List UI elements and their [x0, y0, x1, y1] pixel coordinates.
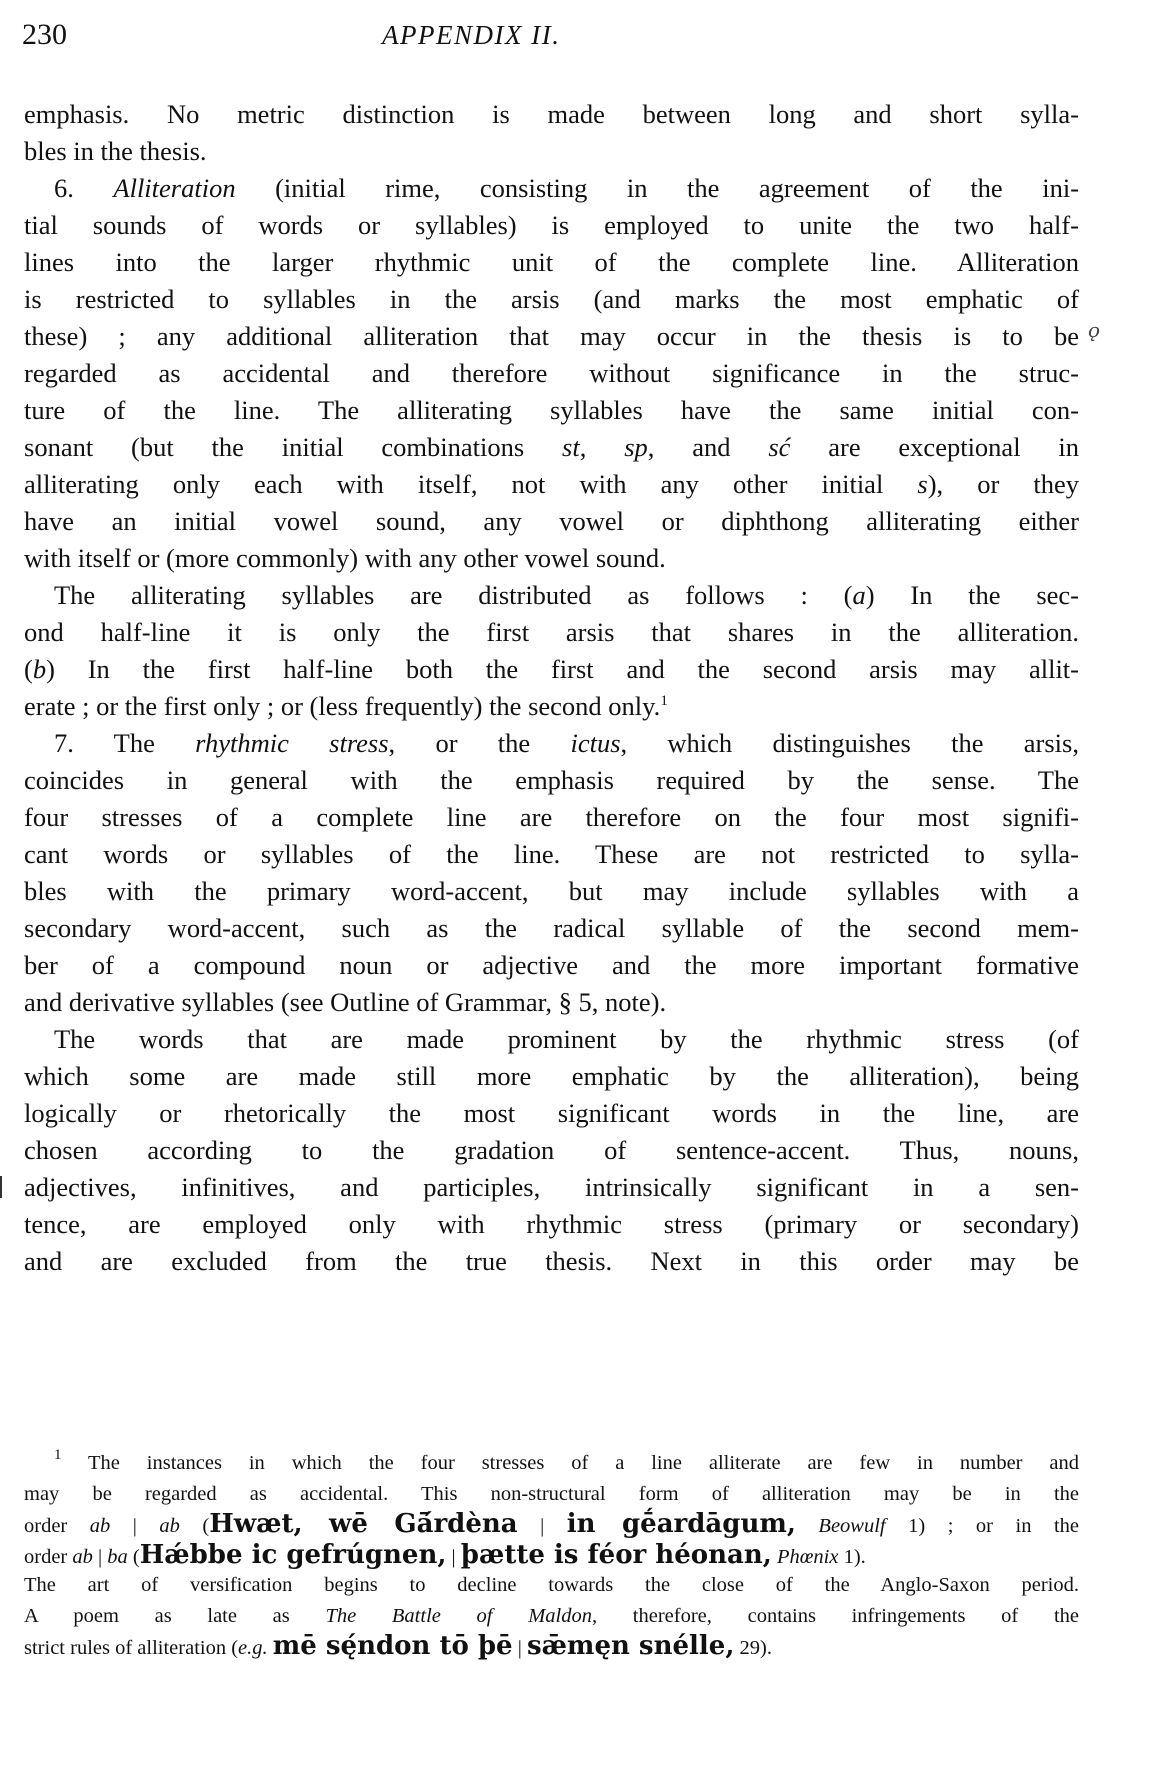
italic-text: rhythmic stress: [195, 728, 388, 758]
italic-text: sp: [624, 432, 648, 462]
italic-text: Beowulf: [818, 1515, 885, 1537]
text-line: tial sounds of words or syllables) is em…: [24, 207, 1079, 244]
text-line: adjectives, infinitives, and participles…: [24, 1169, 1079, 1206]
text-run: 29).: [734, 1637, 772, 1659]
text-run: 6.: [54, 173, 113, 203]
text-line: chosen according to the gradation of sen…: [24, 1132, 1079, 1169]
text-run: tence, are employed only with rhythmic s…: [24, 1209, 1079, 1239]
text-run: are exceptional in: [790, 432, 1079, 462]
text-run: (: [24, 654, 33, 684]
italic-text: ab: [90, 1515, 111, 1537]
page-header: 230 APPENDIX II.: [22, 18, 1082, 58]
text-run: The alliterating syllables are distribut…: [54, 580, 852, 610]
italic-text: st: [562, 432, 580, 462]
footnote-line: The art of versification begins to decli…: [24, 1570, 1079, 1601]
text-line: have an initial vowel sound, any vowel o…: [24, 503, 1079, 540]
text-line: secondary word-accent, such as the radic…: [24, 910, 1079, 947]
text-run: have an initial vowel sound, any vowel o…: [24, 506, 1079, 536]
text-line: is restricted to syllables in the arsis …: [24, 281, 1079, 318]
text-run: which some are made still more emphatic …: [24, 1061, 1079, 1091]
text-line: four stresses of a complete line are the…: [24, 799, 1079, 836]
text-run: (: [180, 1515, 209, 1537]
text-line: emphasis. No metric distinction is made …: [24, 96, 1079, 133]
text-run: ) In the sec-: [866, 580, 1079, 610]
text-run: 1) ; or in the: [886, 1515, 1079, 1537]
footnote-line: order ab | ab (Hwæt, wē Gā́rdèna | in gḗ…: [24, 1509, 1079, 1540]
italic-text: ba: [107, 1546, 128, 1568]
text-line: The alliterating syllables are distribut…: [24, 577, 1079, 614]
body-text: emphasis. No metric distinction is made …: [24, 96, 1079, 1280]
text-run: |: [110, 1515, 159, 1537]
text-line: and derivative syllables (see Outline of…: [24, 984, 1079, 1021]
text-run: ond half-line it is only the first arsis…: [24, 617, 1079, 647]
page-number: 230: [22, 18, 67, 52]
text-run: 1).: [838, 1546, 865, 1568]
text-run: , therefore, contains infringements of t…: [592, 1605, 1079, 1627]
footnote-line: 1 The instances in which the four stress…: [24, 1448, 1079, 1479]
bold-text: mē sę́ndon tō þē: [273, 1631, 513, 1661]
text-run: alliterating only each with itself, not …: [24, 469, 917, 499]
italic-text: a: [852, 580, 865, 610]
text-run: erate ; or the first only ; or (less fre…: [24, 691, 660, 721]
text-run: ) In the first half-line both the first …: [46, 654, 1079, 684]
bold-text: Hǽbbe ic gefrúgnen,: [140, 1540, 447, 1570]
document-page: 230 APPENDIX II. emphasis. No metric dis…: [0, 0, 1158, 1782]
text-line: which some are made still more emphatic …: [24, 1058, 1079, 1095]
text-line: ond half-line it is only the first arsis…: [24, 614, 1079, 651]
footnote-line: strict rules of alliteration (e.g. mē sę…: [24, 1631, 1079, 1662]
text-run: |: [518, 1515, 567, 1537]
text-run: may be regarded as accidental. This non-…: [24, 1483, 1079, 1505]
text-run: ), or they: [928, 469, 1079, 499]
margin-annotation: ǫ: [1088, 318, 1100, 342]
text-line: regarded as accidental and therefore wit…: [24, 355, 1079, 392]
text-run: four stresses of a complete line are the…: [24, 802, 1079, 832]
italic-text: s: [917, 469, 927, 499]
text-run: |: [513, 1637, 527, 1659]
bold-text: Hwæt, wē Gā́rdèna: [209, 1509, 517, 1539]
text-run: logically or rhetorically the most signi…: [24, 1098, 1079, 1128]
bold-text: sǣmęn snélle,: [527, 1631, 734, 1661]
text-run: (initial rime, consisting in the agreeme…: [236, 173, 1079, 203]
text-line: coincides in general with the emphasis r…: [24, 762, 1079, 799]
italic-text: b: [33, 654, 46, 684]
text-run: is restricted to syllables in the arsis …: [24, 284, 1079, 314]
text-run: ber of a compound noun or adjective and …: [24, 950, 1079, 980]
text-line: logically or rhetorically the most signi…: [24, 1095, 1079, 1132]
bold-text: in gḗardāgum,: [567, 1509, 796, 1539]
text-run: emphasis. No metric distinction is made …: [24, 99, 1079, 129]
text-line: (b) In the first half-line both the firs…: [24, 651, 1079, 688]
text-run: order: [24, 1546, 72, 1568]
italic-text: The Battle of Maldon: [325, 1605, 592, 1627]
margin-line-mark: [0, 1176, 2, 1198]
text-run: tial sounds of words or syllables) is em…: [24, 210, 1079, 240]
text-line: with itself or (more commonly) with any …: [24, 540, 1079, 577]
text-run: and derivative syllables (see Outline of…: [24, 987, 666, 1017]
text-run: ture of the line. The alliterating sylla…: [24, 395, 1079, 425]
text-run: , or the: [389, 728, 571, 758]
text-line: 6. Alliteration (initial rime, consistin…: [24, 170, 1079, 207]
running-head: APPENDIX II.: [382, 20, 560, 51]
text-run: regarded as accidental and therefore wit…: [24, 358, 1079, 388]
text-line: lines into the larger rhythmic unit of t…: [24, 244, 1079, 281]
text-line: these) ; any additional alliteration tha…: [24, 318, 1079, 355]
text-run: adjectives, infinitives, and participles…: [24, 1172, 1079, 1202]
text-run: The words that are made prominent by the…: [54, 1024, 1079, 1054]
text-line: ture of the line. The alliterating sylla…: [24, 392, 1079, 429]
text-run: 7. The: [54, 728, 195, 758]
text-line: The words that are made prominent by the…: [24, 1021, 1079, 1058]
text-run: [796, 1515, 819, 1537]
bold-text: þætte is féor héonan,: [461, 1540, 772, 1570]
text-run: cant words or syllables of the line. The…: [24, 839, 1079, 869]
italic-text: sć: [768, 432, 790, 462]
italic-text: ab: [159, 1515, 180, 1537]
text-line: erate ; or the first only ; or (less fre…: [24, 688, 1079, 725]
text-run: The instances in which the four stresses…: [62, 1452, 1080, 1474]
italic-text: Phœnix: [777, 1546, 839, 1568]
text-run: coincides in general with the emphasis r…: [24, 765, 1079, 795]
text-run: sonant (but the initial combinations: [24, 432, 562, 462]
text-line: alliterating only each with itself, not …: [24, 466, 1079, 503]
text-run: , and: [648, 432, 769, 462]
footnote-line: may be regarded as accidental. This non-…: [24, 1479, 1079, 1510]
footnote-line: A poem as late as The Battle of Maldon, …: [24, 1601, 1079, 1632]
footnote-line: order ab | ba (Hǽbbe ic gefrúgnen, | þæt…: [24, 1540, 1079, 1571]
italic-text: ab: [72, 1546, 93, 1568]
text-line: sonant (but the initial combinations st,…: [24, 429, 1079, 466]
italic-text: e.g.: [238, 1637, 268, 1659]
text-run: (: [128, 1546, 140, 1568]
text-run: bles with the primary word-accent, but m…: [24, 876, 1079, 906]
text-run: The art of versification begins to decli…: [24, 1574, 1079, 1596]
text-line: bles in the thesis.: [24, 133, 1079, 170]
text-run: |: [93, 1546, 107, 1568]
text-run: bles in the thesis.: [24, 136, 207, 166]
text-run: A poem as late as: [24, 1605, 325, 1627]
text-run: with itself or (more commonly) with any …: [24, 543, 666, 573]
text-run: secondary word-accent, such as the radic…: [24, 913, 1079, 943]
italic-text: ictus: [570, 728, 620, 758]
text-run: these) ; any additional alliteration tha…: [24, 321, 1079, 351]
text-line: tence, are employed only with rhythmic s…: [24, 1206, 1079, 1243]
text-run: order: [24, 1515, 90, 1537]
text-run: , which distinguishes the arsis,: [621, 728, 1079, 758]
text-run: ,: [580, 432, 624, 462]
text-run: lines into the larger rhythmic unit of t…: [24, 247, 1079, 277]
text-line: cant words or syllables of the line. The…: [24, 836, 1079, 873]
text-run: chosen according to the gradation of sen…: [24, 1135, 1079, 1165]
text-run: and are excluded from the true thesis. N…: [24, 1246, 1079, 1276]
footnote-marker: 1: [54, 1447, 62, 1463]
footnote-marker: 1: [660, 693, 668, 709]
text-run: strict rules of alliteration (: [24, 1637, 238, 1659]
text-line: 7. The rhythmic stress, or the ictus, wh…: [24, 725, 1079, 762]
text-line: and are excluded from the true thesis. N…: [24, 1243, 1079, 1280]
footnotes: 1 The instances in which the four stress…: [24, 1448, 1079, 1662]
text-line: ber of a compound noun or adjective and …: [24, 947, 1079, 984]
italic-text: Alliteration: [113, 173, 235, 203]
text-run: |: [446, 1546, 460, 1568]
text-line: bles with the primary word-accent, but m…: [24, 873, 1079, 910]
